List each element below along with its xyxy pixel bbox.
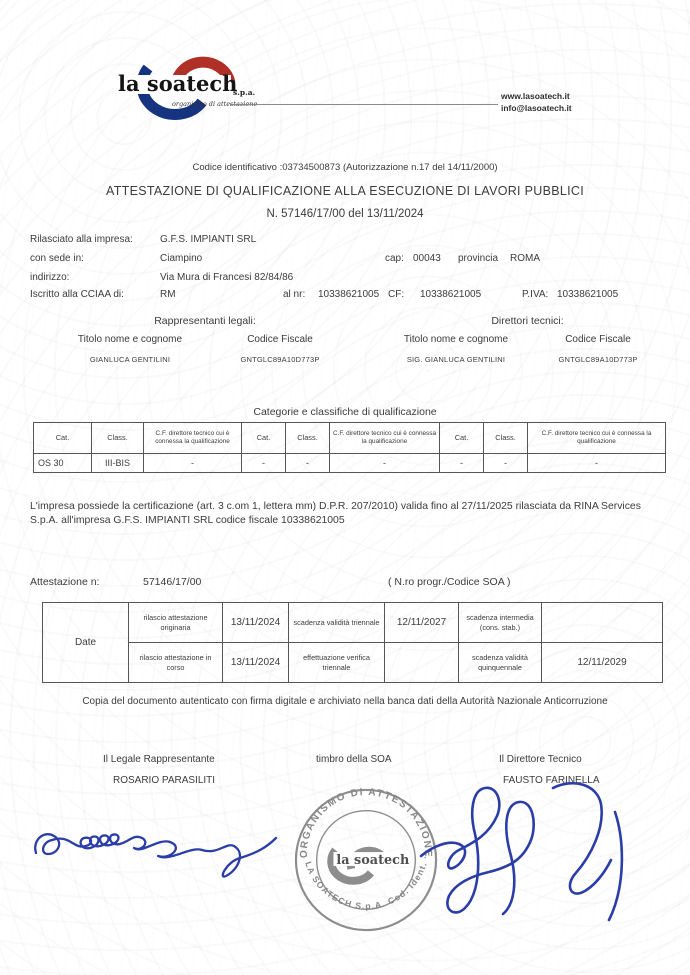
provincia-label: provincia — [458, 253, 498, 264]
col-header: C.F. direttore tecnico cui è connessa la… — [528, 423, 666, 454]
tech-directors-title: Direttori tecnici: — [385, 315, 670, 327]
company-row-cciaa: Iscritto alla CCIAA di: RM al nr: 103386… — [30, 289, 670, 303]
signature-stroke — [421, 788, 534, 914]
category-cell: - — [242, 454, 286, 473]
company-row-sede: con sede in: Ciampino cap: 00043 provinc… — [30, 253, 670, 267]
codice-identificativo-line: Codice identificativo :03734500873 (Auto… — [0, 162, 690, 173]
date-value-cell — [385, 643, 459, 683]
cap-value: 00043 — [413, 253, 441, 264]
cf-cell: - — [330, 454, 440, 473]
tech-dir-cf-value: GNTGLC89A10D773P — [527, 355, 669, 364]
legal-reps-group: Rappresentanti legali: Titolo nome e cog… — [55, 315, 355, 364]
legal-reps-cf-header: Codice Fiscale — [205, 334, 355, 345]
signature-stroke — [609, 812, 622, 920]
legal-rep-name-value: GIANLUCA GENTILINI — [55, 355, 205, 364]
col-header: C.F. direttore tecnico cui è connessa la… — [330, 423, 440, 454]
date-value-cell: 13/11/2024 — [223, 643, 289, 683]
legal-rep-cf-value: GNTGLC89A10D773P — [205, 355, 355, 364]
website-link: www.lasoatech.it — [501, 90, 572, 102]
legal-rep-signature — [30, 798, 285, 903]
col-header: Class. — [484, 423, 528, 454]
category-cell: - — [440, 454, 484, 473]
stamp-label: timbro della SOA — [316, 754, 392, 765]
col-header: Class. — [92, 423, 144, 454]
tech-directors-group: Direttori tecnici: Titolo nome e cognome… — [385, 315, 670, 364]
date-desc-cell: rilascio attestazione in corso — [129, 643, 223, 683]
signature-stroke — [35, 834, 276, 876]
dates-row-1: Date rilascio attestazione originaria 13… — [43, 603, 663, 643]
tech-dir-name-value: SIG. GIANLUCA GENTILINI — [385, 355, 527, 364]
cf-cell: - — [144, 454, 242, 473]
class-cell: - — [286, 454, 330, 473]
category-cell: OS 30 — [34, 454, 92, 473]
col-header: Cat. — [34, 423, 92, 454]
categories-table-title: Categorie e classifiche di qualificazion… — [0, 406, 690, 418]
class-cell: III-BIS — [92, 454, 144, 473]
cf-label: CF: — [388, 289, 404, 300]
legal-reps-title: Rappresentanti legali: — [55, 315, 355, 327]
date-desc-cell: rilascio attestazione originaria — [129, 603, 223, 643]
tech-dir-cf-header: Codice Fiscale — [527, 334, 669, 345]
legal-rep-title: Il Legale Rappresentante — [103, 754, 215, 765]
document-number-line: N. 57146/17/00 del 13/11/2024 — [0, 208, 690, 220]
company-name: G.F.S. IMPIANTI SRL — [160, 234, 256, 245]
date-value-cell: 12/11/2027 — [385, 603, 459, 643]
date-desc-cell: scadenza intermedia (cons. stab.) — [459, 603, 542, 643]
indirizzo-label: indirizzo: — [30, 272, 69, 283]
date-value-cell: 12/11/2029 — [542, 643, 663, 683]
company-row-indirizzo: indirizzo: Via Mura di Francesi 82/84/86 — [30, 272, 670, 286]
date-desc-cell: effettuazione verifica triennale — [289, 643, 385, 683]
alnr-value: 10338621005 — [318, 289, 379, 300]
piva-value: 10338621005 — [557, 289, 618, 300]
dates-row-2: rilascio attestazione in corso 13/11/202… — [43, 643, 663, 683]
cciaa-label: Iscritto alla CCIAA di: — [30, 289, 124, 300]
col-header: C.F. direttore tecnico cui è connessa la… — [144, 423, 242, 454]
document-page: la soatech s.p.a. organismo di attestazi… — [0, 0, 690, 975]
attestation-label: Attestazione n: — [30, 576, 99, 588]
col-header: Cat. — [242, 423, 286, 454]
dates-table: Date rilascio attestazione originaria 13… — [42, 602, 663, 683]
logo-suffix: s.p.a. — [233, 88, 255, 97]
rilasciato-label: Rilasciato alla impresa: — [30, 234, 133, 245]
categories-table: Cat. Class. C.F. direttore tecnico cui è… — [33, 422, 666, 473]
provincia-value: ROMA — [510, 253, 540, 264]
legal-rep-name: ROSARIO PARASILITI — [113, 775, 215, 786]
contact-block: www.lasoatech.it info@lasoatech.it — [501, 90, 572, 114]
col-header: Cat. — [440, 423, 484, 454]
email-link: info@lasoatech.it — [501, 102, 572, 114]
document-title: ATTESTAZIONE DI QUALIFICAZIONE ALLA ESEC… — [0, 184, 690, 198]
date-desc-cell: scadenza validità triennale — [289, 603, 385, 643]
attestation-note: ( N.ro progr./Codice SOA ) — [388, 576, 511, 588]
dates-row-label: Date — [43, 603, 129, 683]
company-row-impresa: Rilasciato alla impresa: G.F.S. IMPIANTI… — [30, 234, 670, 248]
sede-label: con sede in: — [30, 253, 84, 264]
tech-dir-name-header: Titolo nome e cognome — [385, 334, 527, 345]
cf-value: 10338621005 — [420, 289, 481, 300]
cciaa-value: RM — [160, 289, 176, 300]
cap-label: cap: — [385, 253, 404, 264]
indirizzo-value: Via Mura di Francesi 82/84/86 — [160, 272, 293, 283]
tech-dir-signature — [405, 776, 653, 928]
piva-label: P.IVA: — [522, 289, 548, 300]
cf-cell: - — [528, 454, 666, 473]
copy-note: Copia del documento autenticato con firm… — [0, 696, 690, 707]
certification-paragraph: L'impresa possiede la certificazione (ar… — [30, 500, 666, 528]
attestation-line: Attestazione n: 57146/17/00 ( N.ro progr… — [0, 576, 690, 590]
date-value-cell: 13/11/2024 — [223, 603, 289, 643]
date-value-cell — [542, 603, 663, 643]
soatech-logo: la soatech s.p.a. organismo di attestazi… — [112, 40, 264, 122]
header-divider — [230, 104, 498, 105]
categories-header-row: Cat. Class. C.F. direttore tecnico cui è… — [34, 423, 666, 454]
categories-data-row: OS 30 III-BIS - - - - - - - — [34, 454, 666, 473]
logo-wordmark: la soatech — [118, 71, 237, 96]
attestation-number: 57146/17/00 — [143, 576, 201, 588]
date-desc-cell: scadenza validità quinquennale — [459, 643, 542, 683]
tech-dir-title: Il Direttore Tecnico — [499, 754, 582, 765]
signature-stroke — [553, 783, 611, 893]
col-header: Class. — [286, 423, 330, 454]
stamp-center-wordmark: la soatech — [336, 853, 410, 868]
alnr-label: al nr: — [283, 289, 305, 300]
legal-reps-name-header: Titolo nome e cognome — [55, 334, 205, 345]
sede-value: Ciampino — [160, 253, 202, 264]
class-cell: - — [484, 454, 528, 473]
